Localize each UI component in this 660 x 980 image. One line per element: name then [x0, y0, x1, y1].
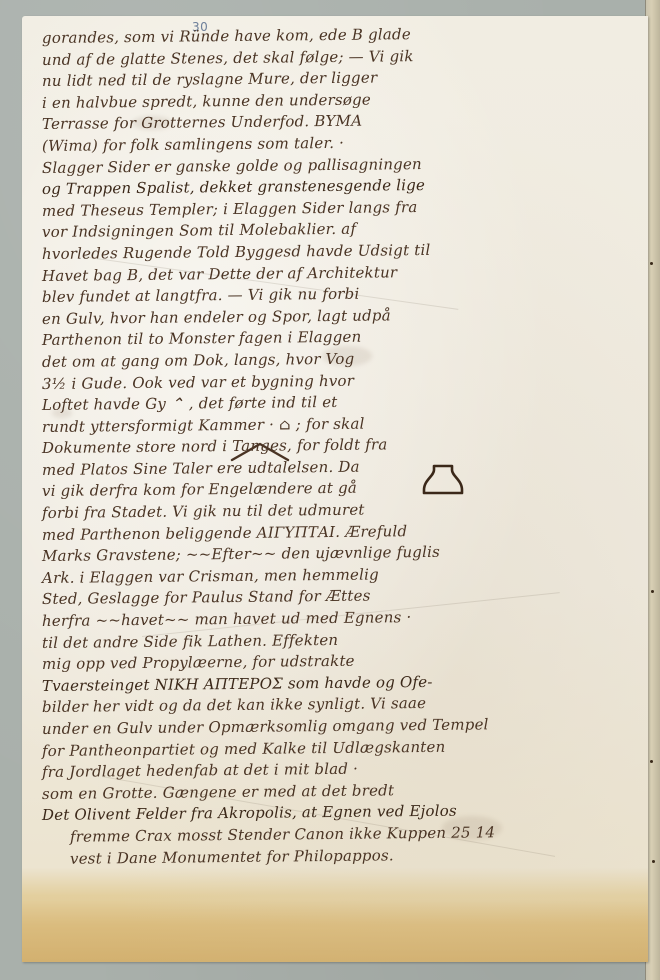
handwritten-text-body: gorandes, som vi Ründe have kom, ede B g… — [42, 28, 638, 870]
ink-dot — [651, 590, 654, 593]
pediment-sketch-icon — [230, 440, 290, 464]
vase-sketch-icon — [422, 462, 464, 496]
ink-dot — [650, 262, 653, 265]
ink-dot — [650, 760, 653, 763]
ink-dot — [652, 860, 655, 863]
manuscript-page: 30 gorandes, som vi Ründe have kom, ede … — [22, 16, 648, 962]
